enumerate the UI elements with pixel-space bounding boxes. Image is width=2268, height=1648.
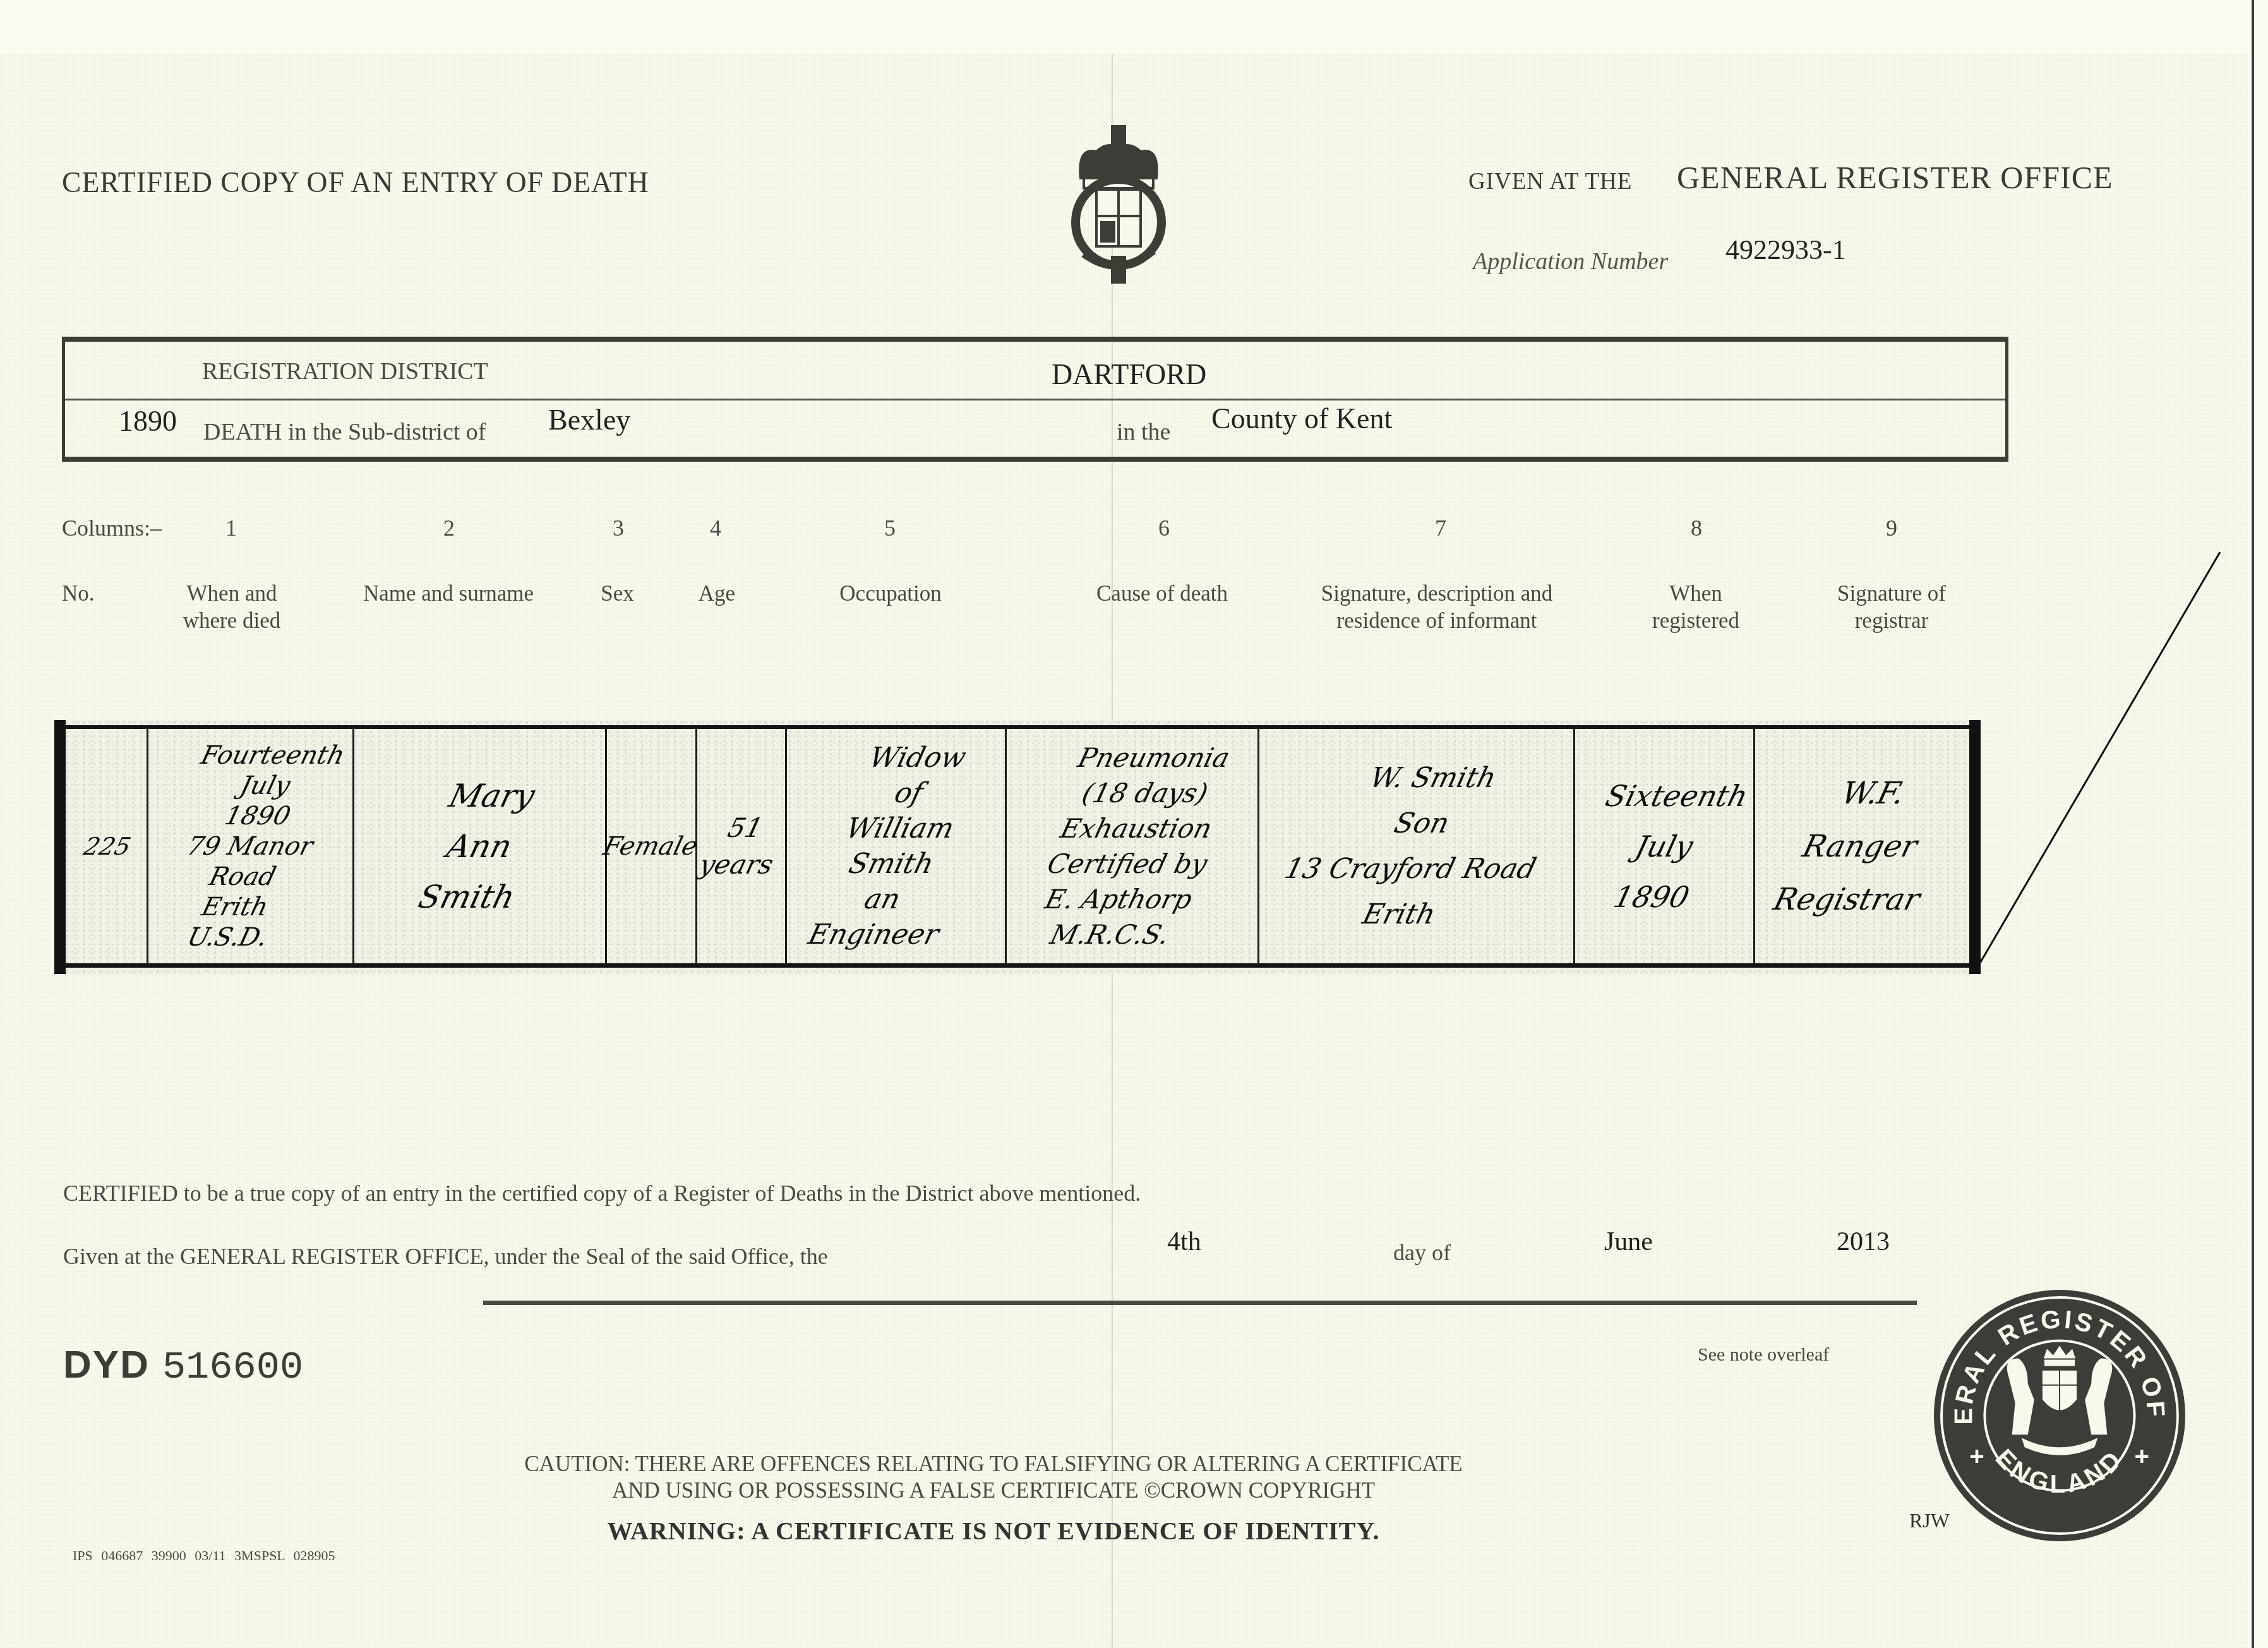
- issue-day: 4th: [1167, 1227, 1201, 1257]
- entry-border-top: [66, 725, 1969, 729]
- column-number: 5: [884, 515, 896, 541]
- see-note-overleaf: See note overleaf: [1698, 1344, 1829, 1366]
- subdistrict-label: DEATH in the Sub-district of: [203, 418, 486, 446]
- when-where-line: Erith: [199, 892, 272, 922]
- serial-number: 516600: [162, 1345, 303, 1390]
- entry-cause-of-death: Pneumonia (18 days) Exhaustion Certified…: [979, 733, 1285, 960]
- application-number: 4922933-1: [1725, 234, 1846, 266]
- entry-border-bottom: [66, 963, 1969, 968]
- registrar-line: Ranger: [1797, 820, 1923, 873]
- name-line: Ann: [441, 821, 517, 872]
- application-number-label: Application Number: [1473, 248, 1668, 275]
- column-header-cause: Cause of death: [1086, 580, 1238, 607]
- cause-line: Certified by: [1043, 846, 1211, 882]
- caution-line: CAUTION: THERE ARE OFFENCES RELATING TO …: [466, 1451, 1521, 1477]
- when-where-line: Road: [206, 862, 279, 892]
- svg-text:+: +: [1969, 1442, 1984, 1471]
- occupation-line: William: [843, 811, 958, 846]
- entry-number-value: 225: [80, 828, 135, 865]
- cause-line: E. Apthorp: [1041, 882, 1196, 917]
- day-of-label: day of: [1393, 1239, 1451, 1266]
- print-code: IPS 046687 39900 03/11 3MSPSL 028905: [73, 1548, 335, 1564]
- column-header-occupation: Occupation: [827, 580, 954, 607]
- column-header-when-where: When and where died: [178, 580, 285, 634]
- register-entry-row: 225 Fourteenth July 1890 79 Manor Road E…: [54, 720, 1981, 974]
- column-header-informant: Signature, description and residence of …: [1304, 580, 1569, 634]
- given-statement: Given at the GENERAL REGISTER OFFICE, un…: [63, 1243, 828, 1270]
- cause-line: Pneumonia: [1074, 740, 1233, 776]
- column-header-age: Age: [692, 580, 742, 607]
- when-where-line: July: [237, 771, 293, 801]
- cause-line: M.R.C.S.: [1047, 917, 1173, 953]
- sex-value: Female: [599, 828, 702, 865]
- column-number: 8: [1691, 515, 1702, 541]
- cancellation-diagonal-line: [1971, 543, 2223, 985]
- registration-year: 1890: [119, 404, 177, 438]
- royal-crest-icon: [1059, 121, 1179, 286]
- column-number: 6: [1158, 515, 1170, 541]
- column-number: 3: [613, 515, 624, 541]
- when-where-line: Fourteenth: [198, 740, 348, 771]
- cause-line: (18 days): [1079, 776, 1212, 811]
- registered-line: Sixteenth: [1600, 771, 1754, 821]
- name-line: Smith: [413, 872, 520, 922]
- name-line: Mary: [443, 771, 540, 821]
- issue-year: 2013: [1837, 1227, 1890, 1257]
- given-at-label: GIVEN AT THE: [1468, 168, 1632, 195]
- svg-text:+: +: [2135, 1442, 2149, 1471]
- age-unit: years: [695, 846, 777, 883]
- certification-statement: CERTIFIED to be a true copy of an entry …: [63, 1180, 1141, 1206]
- informant-line: 13 Crayford Road: [1280, 846, 1541, 892]
- occupation-line: Smith: [845, 846, 937, 882]
- certificate-serial: DYD516600: [63, 1342, 303, 1390]
- column-header-sex: Sex: [594, 580, 641, 607]
- columns-label: Columns:–: [62, 515, 162, 541]
- column-header-name: Name and surname: [351, 580, 546, 607]
- occupation-line: an: [861, 882, 904, 917]
- general-register-office-seal-icon: GENERAL REGISTER OFFICE ENGLAND + +: [1933, 1289, 2187, 1543]
- cause-line: Exhaustion: [1057, 811, 1216, 846]
- column-number: 7: [1435, 515, 1446, 541]
- age-value: 51: [724, 810, 767, 846]
- registration-divider: [65, 399, 2005, 400]
- column-number: 9: [1886, 515, 1897, 541]
- signature-rule: [483, 1301, 1917, 1305]
- caution-notice: CAUTION: THERE ARE OFFENCES RELATING TO …: [466, 1451, 1521, 1504]
- column-number: 4: [710, 515, 721, 541]
- occupation-line: of: [891, 776, 927, 811]
- issuing-office: GENERAL REGISTER OFFICE: [1677, 159, 2113, 196]
- entry-informant: W. Smith Son 13 Crayford Road Erith: [1232, 733, 1600, 960]
- column-header-no: No.: [62, 580, 100, 607]
- registrar-line: W.F.: [1836, 767, 1911, 820]
- occupation-line: Engineer: [805, 917, 942, 953]
- informant-line: Erith: [1357, 892, 1440, 937]
- when-where-line: U.S.D.: [184, 922, 271, 953]
- caution-line: AND USING OR POSSESSING A FALSE CERTIFIC…: [466, 1477, 1521, 1504]
- column-header-when-registered: When registered: [1636, 580, 1756, 634]
- entry-name: Mary Ann Smith: [327, 733, 632, 960]
- occupation-line: Widow: [866, 740, 970, 776]
- column-number: 2: [443, 515, 455, 541]
- column-header-registrar: Signature of registrar: [1819, 580, 1964, 634]
- serial-prefix: DYD: [63, 1343, 150, 1386]
- registration-district-label: REGISTRATION DISTRICT: [202, 358, 488, 385]
- when-where-line: 1890: [222, 801, 294, 831]
- when-where-line: 79 Manor: [184, 831, 316, 862]
- informant-line: Son: [1389, 801, 1455, 846]
- subdistrict-value: Bexley: [548, 403, 630, 436]
- paper-edge: [2252, 0, 2254, 1648]
- registered-line: July: [1630, 821, 1699, 872]
- registered-line: 1890: [1609, 872, 1695, 922]
- identity-warning: WARNING: A CERTIFICATE IS NOT EVIDENCE O…: [466, 1516, 1521, 1546]
- county-value: County of Kent: [1211, 402, 1392, 435]
- informant-line: W. Smith: [1365, 755, 1501, 801]
- registration-district-value: DARTFORD: [1052, 358, 1206, 391]
- issue-month: June: [1604, 1227, 1653, 1257]
- certificate-title: CERTIFIED COPY OF AN ENTRY OF DEATH: [62, 165, 649, 200]
- registrar-line: Registrar: [1768, 873, 1926, 926]
- county-label: in the: [1117, 418, 1170, 446]
- column-number: 1: [225, 515, 237, 541]
